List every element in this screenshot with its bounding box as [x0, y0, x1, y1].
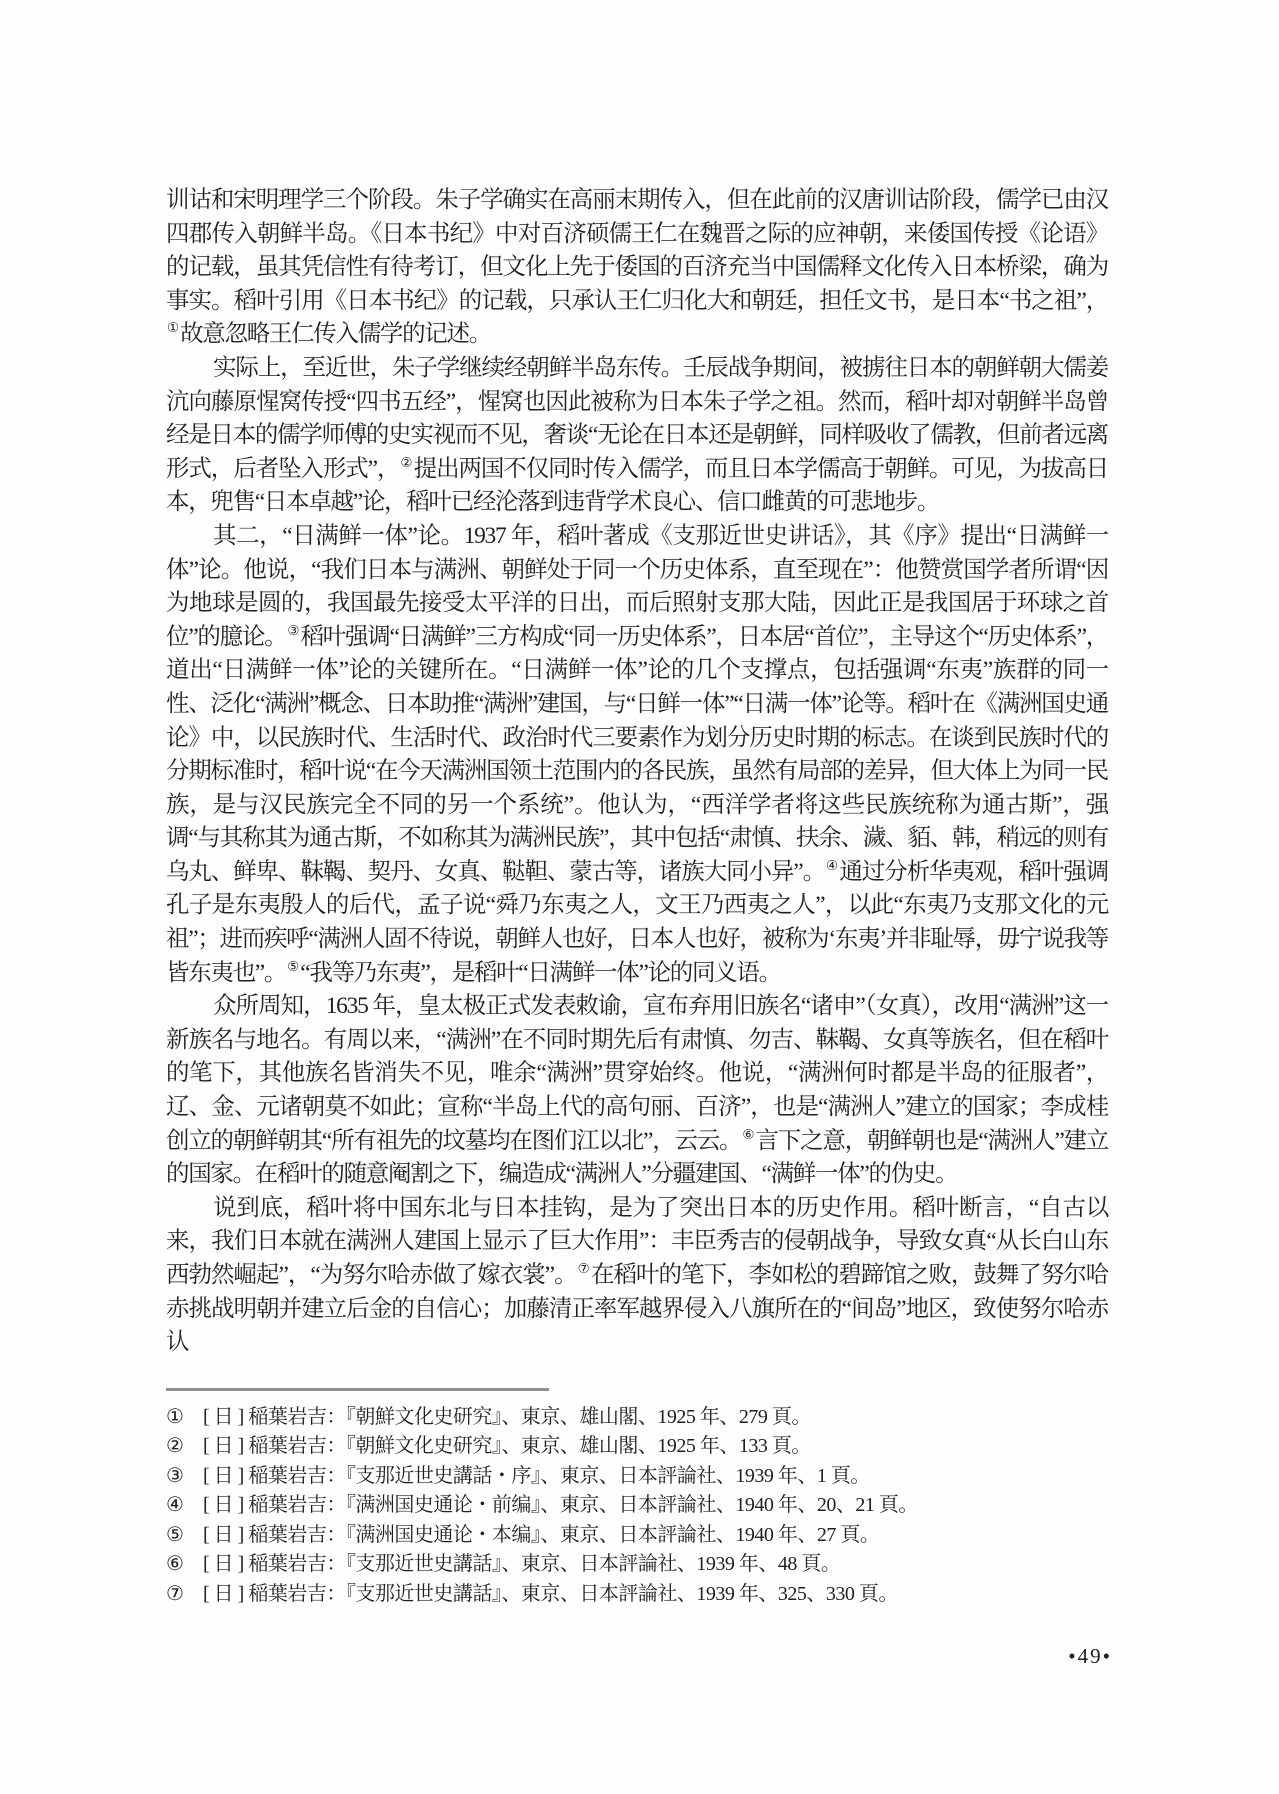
body-paragraph: 其二，“日满鲜一体”论。1937 年，稻叶著成《支那近世史讲话》，其《序》提出“…	[166, 520, 1108, 990]
footnote-marker: ③	[166, 1462, 203, 1492]
footnotes-section: ①[ 日 ] 稲葉岩吉：『朝鮮文化史研究』、東京、雄山閣、1925 年、279 …	[166, 1388, 1108, 1609]
footnote-item: ①[ 日 ] 稲葉岩吉：『朝鮮文化史研究』、東京、雄山閣、1925 年、279 …	[166, 1403, 1108, 1433]
footnote-text: [ 日 ] 稲葉岩吉：『朝鮮文化史研究』、東京、雄山閣、1925 年、133 頁…	[203, 1432, 1108, 1462]
footnote-marker: ⑤	[166, 1521, 203, 1551]
footnote-reference: ③	[287, 623, 299, 638]
footnote-reference: ①	[167, 320, 179, 335]
footnote-separator-rule	[166, 1388, 549, 1391]
footnote-marker: ⑥	[166, 1550, 203, 1580]
footnote-text: [ 日 ] 稲葉岩吉：『支那近世史講話・序』、東京、日本評論社、1939 年、1…	[203, 1462, 1108, 1492]
body-text: 训诂和宋明理学三个阶段。朱子学确实在高丽末期传入，但在此前的汉唐训诂阶段，儒学已…	[166, 184, 1108, 1360]
footnote-reference: ②	[400, 455, 412, 470]
body-paragraph: 说到底，稻叶将中国东北与日本挂钩，是为了突出日本的历史作用。稻叶断言，“自古以来…	[166, 1192, 1108, 1360]
footnote-item: ⑥[ 日 ] 稲葉岩吉：『支那近世史講話』、東京、日本評論社、1939 年、48…	[166, 1550, 1108, 1580]
footnote-text: [ 日 ] 稲葉岩吉：『朝鮮文化史研究』、東京、雄山閣、1925 年、279 頁…	[203, 1403, 1108, 1433]
footnote-reference: ⑤	[287, 959, 299, 974]
footnote-item: ⑤[ 日 ] 稲葉岩吉：『满洲国史通论・本编』、東京、日本評論社、1940 年、…	[166, 1521, 1108, 1551]
footnote-text: [ 日 ] 稲葉岩吉：『满洲国史通论・前编』、東京、日本評論社、1940 年、2…	[203, 1491, 1108, 1521]
footnote-reference: ④	[826, 858, 838, 873]
footnote-item: ②[ 日 ] 稲葉岩吉：『朝鮮文化史研究』、東京、雄山閣、1925 年、133 …	[166, 1432, 1108, 1462]
footnote-list: ①[ 日 ] 稲葉岩吉：『朝鮮文化史研究』、東京、雄山閣、1925 年、279 …	[166, 1403, 1108, 1610]
body-paragraph: 众所周知，1635 年，皇太极正式发表敕谕，宣布弃用旧族名“诸申”（女真），改用…	[166, 990, 1108, 1192]
footnote-marker: ④	[166, 1491, 203, 1521]
footnote-text: [ 日 ] 稲葉岩吉：『支那近世史講話』、東京、日本評論社、1939 年、48 …	[203, 1550, 1108, 1580]
footnote-item: ③[ 日 ] 稲葉岩吉：『支那近世史講話・序』、東京、日本評論社、1939 年、…	[166, 1462, 1108, 1492]
footnote-text: [ 日 ] 稲葉岩吉：『支那近世史講話』、東京、日本評論社、1939 年、325…	[203, 1580, 1108, 1610]
footnote-text: [ 日 ] 稲葉岩吉：『满洲国史通论・本编』、東京、日本評論社、1940 年、2…	[203, 1521, 1108, 1551]
footnote-marker: ①	[166, 1403, 203, 1433]
body-paragraph: 实际上，至近世，朱子学继续经朝鲜半岛东传。壬辰战争期间，被掳往日本的朝鲜朝大儒姜…	[166, 352, 1108, 520]
page-number: •49•	[1068, 1644, 1112, 1669]
footnote-item: ⑦[ 日 ] 稲葉岩吉：『支那近世史講話』、東京、日本評論社、1939 年、32…	[166, 1580, 1108, 1610]
footnote-marker: ②	[166, 1432, 203, 1462]
footnote-marker: ⑦	[166, 1580, 203, 1610]
footnote-item: ④[ 日 ] 稲葉岩吉：『满洲国史通论・前编』、東京、日本評論社、1940 年、…	[166, 1491, 1108, 1521]
footnote-reference: ⑦	[578, 1261, 590, 1276]
document-page: 训诂和宋明理学三个阶段。朱子学确实在高丽末期传入，但在此前的汉唐训诂阶段，儒学已…	[0, 0, 1279, 1794]
body-paragraph: 训诂和宋明理学三个阶段。朱子学确实在高丽末期传入，但在此前的汉唐训诂阶段，儒学已…	[166, 184, 1108, 352]
footnote-reference: ⑥	[742, 1127, 754, 1142]
